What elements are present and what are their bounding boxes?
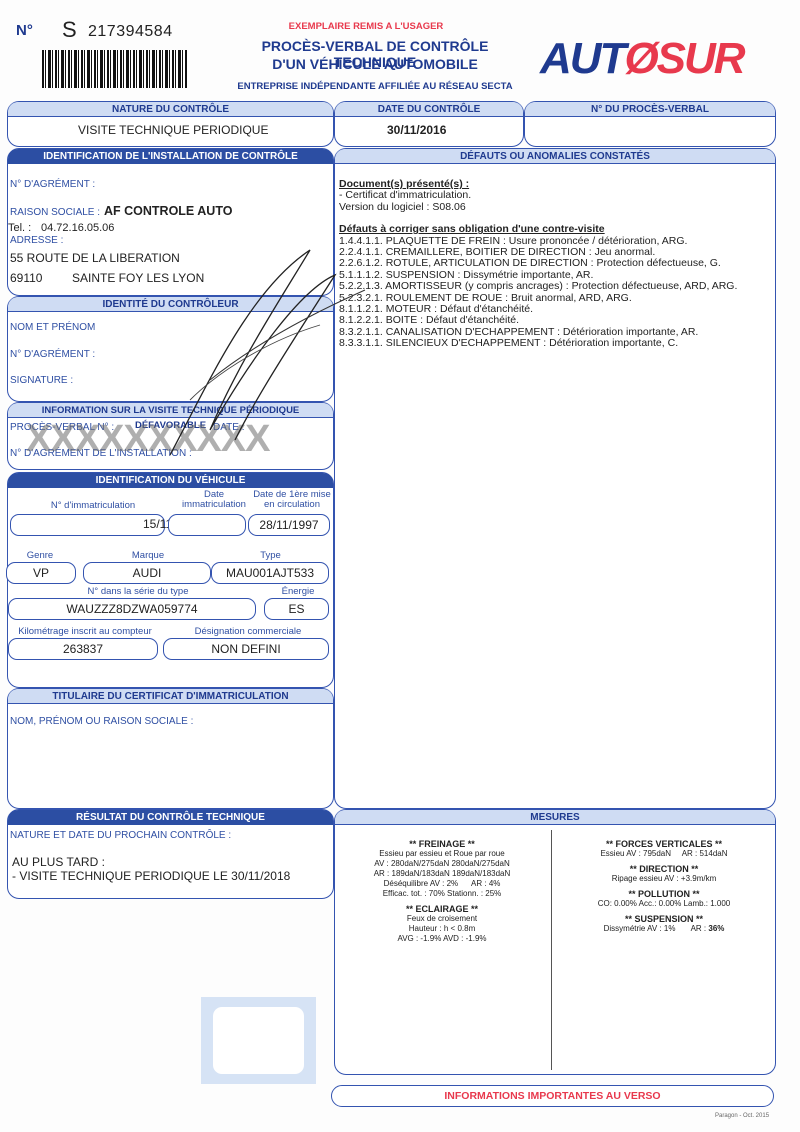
marque-field: AUDI: [83, 562, 211, 584]
nature-controle-box: NATURE DU CONTRÔLE VISITE TECHNIQUE PERI…: [7, 101, 334, 147]
type-field: MAU001AJT533: [211, 562, 329, 584]
direction-line: Ripage essieu AV : +3.9m/km: [553, 874, 775, 884]
eclairage-line: Hauteur : h < 0.8m: [335, 924, 549, 934]
suspension-ar-value: 36%: [708, 924, 724, 933]
type-label: Type: [213, 550, 328, 561]
forces-title: ** FORCES VERTICALES **: [553, 839, 775, 849]
eclairage-title: ** ECLAIRAGE **: [335, 904, 549, 914]
pollution-title: ** POLLUTION **: [553, 889, 775, 899]
mesures-box: MESURES ** FREINAGE ** Essieu par essieu…: [334, 809, 776, 1075]
signature-label: SIGNATURE :: [10, 375, 73, 386]
serial-prefix: S: [62, 17, 77, 43]
defect-item: 5.2.2.1.3. AMORTISSEUR (y compris ancrag…: [339, 281, 737, 292]
suspension-line: Dissymétrie AV : 1% AR : 36%: [553, 924, 775, 934]
sticker-window: [213, 1007, 304, 1074]
date-mec-label: Date de 1ère mise en circulation: [253, 490, 331, 510]
logo-text-auto: AUT: [540, 34, 624, 83]
printer-note: Paragon - Oct. 2015: [715, 1113, 769, 1119]
freinage-line: Essieu par essieu et Roue par roue: [335, 849, 549, 859]
suspension-title: ** SUSPENSION **: [553, 914, 775, 924]
date-controle-header: DATE DU CONTRÔLE: [335, 102, 523, 117]
freinage-title: ** FREINAGE **: [335, 839, 549, 849]
controleur-agrement-label: N° D'AGRÉMENT :: [10, 349, 95, 360]
resultat-header: RÉSULTAT DU CONTRÔLE TECHNIQUE: [8, 810, 333, 825]
mesures-header: MESURES: [335, 810, 775, 825]
defects-list: 1.4.4.1.1. PLAQUETTE DE FREIN : Usure pr…: [339, 236, 737, 350]
serie-field: WAUZZZ8DZWA059774: [8, 598, 256, 620]
date-mec-field: 28/11/1997: [248, 514, 330, 536]
energie-field: ES: [264, 598, 329, 620]
designation-label: Désignation commerciale: [163, 626, 333, 637]
signature-scribble: [150, 230, 370, 460]
titulaire-box: TITULAIRE DU CERTIFICAT D'IMMATRICULATIO…: [7, 688, 334, 809]
resultat-line2: - VISITE TECHNIQUE PERIODIQUE LE 30/11/2…: [12, 869, 290, 883]
marque-label: Marque: [83, 550, 213, 561]
pv-number-header: N° DU PROCÈS-VERBAL: [525, 102, 775, 117]
controleur-nom-label: NOM ET PRÉNOM: [10, 322, 95, 333]
mesures-divider: [551, 830, 552, 1070]
titulaire-nom-label: NOM, PRÉNOM OU RAISON SOCIALE :: [10, 716, 193, 727]
suspension-prefix: Dissymétrie AV : 1% AR :: [604, 924, 709, 933]
forces-line: Essieu AV : 795daN AR : 514daN: [553, 849, 775, 859]
km-label: Kilométrage inscrit au compteur: [10, 626, 160, 637]
resultat-box: RÉSULTAT DU CONTRÔLE TECHNIQUE NATURE ET…: [7, 809, 334, 899]
date-controle-value: 30/11/2016: [387, 123, 446, 137]
resultat-line1: AU PLUS TARD :: [12, 855, 105, 869]
freinage-line: AR : 189daN/183daN 189daN/183daN: [335, 869, 549, 879]
barcode: [42, 50, 187, 88]
immat-field: [10, 514, 165, 536]
nature-controle-value: VISITE TECHNIQUE PERIODIQUE: [78, 123, 268, 137]
tel-label: Tel. :: [8, 222, 31, 234]
tel-value: 04.72.16.05.06: [41, 222, 114, 234]
number-label: N°: [16, 22, 33, 39]
date-immat-label: Date immatriculation: [178, 490, 250, 510]
mesures-left-column: ** FREINAGE ** Essieu par essieu et Roue…: [335, 834, 549, 944]
prochain-controle-label: NATURE ET DATE DU PROCHAIN CONTRÔLE :: [10, 830, 231, 841]
sticker-placeholder: [201, 997, 316, 1084]
raison-sociale-label: RAISON SOCIALE :: [10, 207, 100, 218]
genre-field: VP: [6, 562, 76, 584]
freinage-line: Déséquilibre AV : 2% AR : 4%: [335, 879, 549, 889]
defauts-header: DÉFAUTS OU ANOMALIES CONSTATÉS: [335, 149, 775, 164]
pollution-line: CO: 0.00% Acc.: 0.00% Lamb.: 1.000: [553, 899, 775, 909]
version-line: Version du logiciel : S08.06: [339, 202, 737, 213]
raison-sociale-value: AF CONTROLE AUTO: [104, 204, 232, 218]
installation-header: IDENTIFICATION DE L'INSTALLATION DE CONT…: [8, 149, 333, 164]
autosur-logo: AUTØSUR: [540, 37, 744, 81]
adresse-label: ADRESSE :: [10, 235, 63, 246]
mesures-right-column: ** FORCES VERTICALES ** Essieu AV : 795d…: [553, 834, 775, 934]
doc-subtitle: ENTREPRISE INDÉPENDANTE AFFILIÉE AU RÉSE…: [224, 81, 526, 92]
eclairage-line: AVG : -1.9% AVD : -1.9%: [335, 934, 549, 944]
designation-field: NON DEFINI: [163, 638, 329, 660]
date-controle-box: DATE DU CONTRÔLE 30/11/2016: [334, 101, 524, 147]
genre-label: Genre: [10, 550, 70, 561]
energie-label: Énergie: [268, 586, 328, 597]
direction-title: ** DIRECTION **: [553, 864, 775, 874]
date-immat-field: [168, 514, 246, 536]
installation-agrement-label: N° D'AGRÉMENT :: [10, 179, 95, 190]
titulaire-header: TITULAIRE DU CERTIFICAT D'IMMATRICULATIO…: [8, 689, 333, 704]
doc-title-line2: D'UN VÉHICULE AUTOMOBILE: [224, 56, 526, 72]
nature-controle-header: NATURE DU CONTRÔLE: [8, 102, 333, 117]
vehicule-header: IDENTIFICATION DU VÉHICULE: [8, 473, 333, 488]
verso-banner: INFORMATIONS IMPORTANTES AU VERSO: [331, 1085, 774, 1107]
copy-note: EXEMPLAIRE REMIS A L'USAGER: [236, 21, 496, 32]
serie-label: N° dans la série du type: [38, 586, 238, 597]
postcode: 69110: [10, 271, 42, 285]
logo-o-icon: Ø: [624, 34, 656, 83]
verso-text: INFORMATIONS IMPORTANTES AU VERSO: [332, 1090, 773, 1102]
eclairage-line: Feux de croisement: [335, 914, 549, 924]
logo-text-sur: SUR: [657, 34, 744, 83]
defects-heading: Défauts à corriger sans obligation d'une…: [339, 224, 737, 235]
freinage-line: Efficac. tot. : 70% Stationn. : 25%: [335, 889, 549, 899]
freinage-line: AV : 280daN/275daN 280daN/275daN: [335, 859, 549, 869]
defect-item: 8.3.3.1.1. SILENCIEUX D'ECHAPPEMENT : Dé…: [339, 338, 737, 349]
immat-label: N° d'immatriculation: [28, 500, 158, 511]
defauts-content: Document(s) présenté(s) : - Certificat d…: [339, 179, 737, 350]
pv-number-box: N° DU PROCÈS-VERBAL: [524, 101, 776, 147]
serial-number: 217394584: [88, 23, 173, 41]
defauts-box: DÉFAUTS OU ANOMALIES CONSTATÉS Document(…: [334, 148, 776, 809]
vehicule-box: IDENTIFICATION DU VÉHICULE N° d'immatric…: [7, 472, 334, 688]
km-field: 263837: [8, 638, 158, 660]
